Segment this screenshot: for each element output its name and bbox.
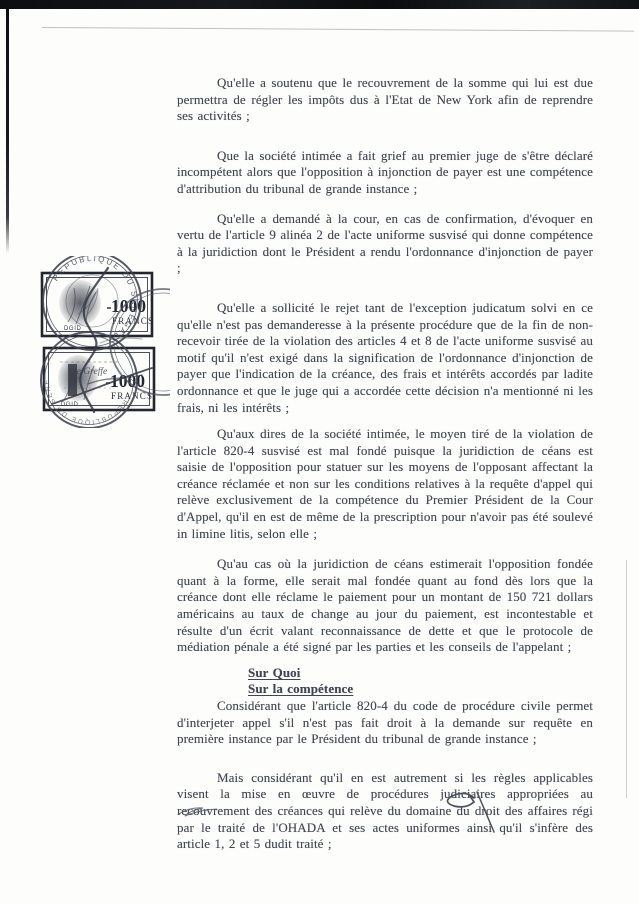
seal-greffe-label: de Greffe — [72, 366, 107, 377]
paragraph: Qu'elle a demandé à la cour, en cas de c… — [177, 211, 593, 277]
stamp-agency: DGID — [64, 326, 81, 332]
paragraph: Qu'elle a soutenu que le recouvrement de… — [177, 66, 593, 125]
stamp-agency: DGID — [61, 402, 78, 408]
paragraph: Considérant que l'article 820-4 du code … — [177, 698, 593, 748]
handwritten-underline-squiggle — [177, 804, 217, 820]
paragraph: Que la société intimée a fait grief au p… — [177, 148, 593, 198]
handwritten-paraph — [436, 786, 506, 844]
document-body: Qu'elle a soutenu que le recouvrement de… — [177, 66, 593, 853]
paragraph: Qu'aux dires de la société intimée, le m… — [177, 426, 593, 542]
scanned-document-page: 1000 FRANCS DGID 1000 FRANCS DGID REPUBL… — [0, 0, 639, 904]
paragraph: Mais considérant qu'il en est autrement … — [177, 770, 593, 853]
scan-right-fold-line — [626, 560, 627, 798]
paragraph: Qu'au cas où la juridiction de céans est… — [177, 556, 593, 656]
scan-left-edge-artifact — [6, 8, 9, 254]
scan-top-edge-artifact — [0, 0, 639, 9]
section-heading-sur-quoi: Sur Quoi — [177, 665, 593, 682]
section-heading-competence: Sur la compétence — [177, 681, 593, 698]
fiscal-stamps-and-seals: 1000 FRANCS DGID 1000 FRANCS DGID REPUBL… — [28, 256, 170, 428]
paragraph: Qu'elle a sollicité le rejet tant de l'e… — [177, 300, 593, 416]
scan-horizontal-line-artifact — [42, 27, 634, 32]
